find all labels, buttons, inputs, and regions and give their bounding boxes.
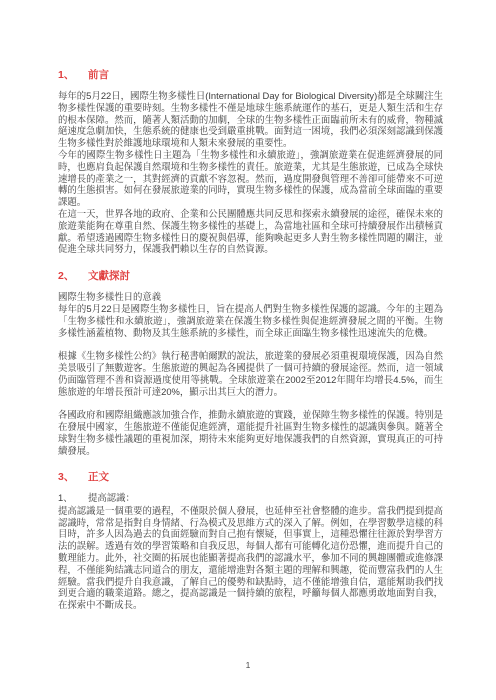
section-2-subheading: 國際生物多樣性日的意義: [58, 291, 443, 303]
section-1-title: 前言: [88, 69, 109, 81]
section-3-list-item: 1、 提高認識：: [58, 492, 443, 505]
paragraph: 各國政府和國際組織應該加強合作，推動永續旅遊的實踐，並保障生物多樣性的保護。特別…: [58, 409, 443, 456]
section-2-number: 2、: [58, 270, 88, 282]
section-3-heading: 3、 正文: [58, 471, 443, 483]
paragraph: 根據《生物多樣性公約》執行秘書帕爾默的說法，旅遊業的發展必須重視環境保護，因為自…: [58, 350, 443, 397]
section-2-title: 文獻探討: [88, 270, 130, 282]
section-1-number: 1、: [58, 69, 88, 81]
section-main-body: 3、 正文 1、 提高認識： 提高認識是一個重要的過程，不僅限於個人發展，也延伸…: [58, 471, 443, 611]
list-item-title: 提高認識：: [88, 492, 135, 505]
document-page: 1、 前言 每年的5月22日，國際生物多樣性日(International Da…: [0, 0, 496, 700]
page-number: 1: [0, 660, 496, 670]
paragraph: 每年的5月22日，國際生物多樣性日(International Day for …: [58, 90, 443, 149]
section-2-heading: 2、 文獻探討: [58, 270, 443, 282]
section-literature-review: 2、 文獻探討 國際生物多樣性日的意義 每年的5月22日是國際生物多樣性日，旨在…: [58, 270, 443, 456]
section-3-title: 正文: [88, 471, 109, 483]
paragraph: 今年的國際生物多樣性日主題為「生物多樣性和永續旅遊」，強調旅遊業在促進經濟發展的…: [58, 149, 443, 208]
section-3-number: 3、: [58, 471, 88, 483]
paragraph: 提高認識是一個重要的過程，不僅限於個人發展，也延伸至社會整體的進步。當我們提到提…: [58, 505, 443, 611]
list-item-number: 1、: [58, 492, 88, 505]
paragraph: 每年的5月22日是國際生物多樣性日，旨在提高人們對生物多樣性保護的認識。今年的主…: [58, 303, 443, 338]
section-introduction: 1、 前言 每年的5月22日，國際生物多樣性日(International Da…: [58, 69, 443, 255]
paragraph: 在這一天，世界各地的政府、企業和公民團體應共同反思和探索永續發展的途徑，確保未來…: [58, 208, 443, 255]
section-1-heading: 1、 前言: [58, 69, 443, 81]
